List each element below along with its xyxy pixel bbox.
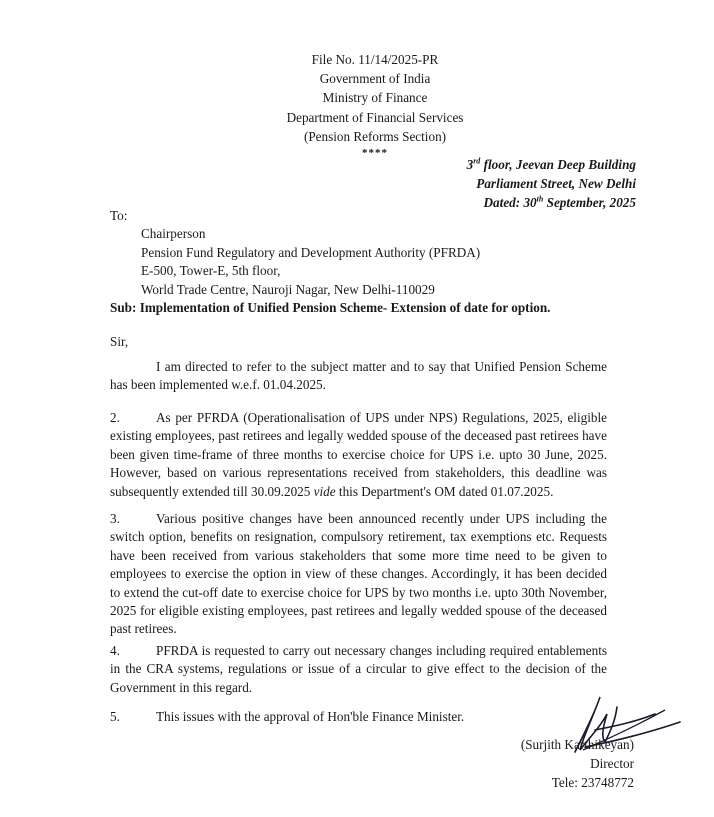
paragraph-3-text: Various positive changes have been annou…: [110, 511, 607, 636]
paragraph-5-text: This issues with the approval of Hon'ble…: [156, 709, 464, 724]
recipient-address: Chairperson Pension Fund Regulatory and …: [141, 225, 480, 299]
recipient-line: Chairperson: [141, 225, 480, 244]
paragraph-2: 2.As per PFRDA (Operationalisation of UP…: [110, 409, 607, 501]
paragraph-2-text-end: this Department's OM dated 01.07.2025.: [336, 484, 554, 499]
sender-address: 3rd floor, Jeevan Deep Building Parliame…: [467, 155, 636, 212]
signatory-designation: Director: [521, 754, 634, 773]
to-label: To:: [110, 208, 127, 224]
subject-line: Sub: Implementation of Unified Pension S…: [110, 300, 550, 316]
separator-stars: ****: [250, 146, 500, 160]
vide-italic: vide: [314, 484, 336, 499]
signatory-phone: Tele: 23748772: [521, 773, 634, 792]
paragraph-number: 3.: [110, 510, 156, 528]
department-name: Department of Financial Services: [250, 108, 500, 127]
recipient-line: E-500, Tower-E, 5th floor,: [141, 262, 480, 281]
paragraph-1: I am directed to refer to the subject ma…: [110, 358, 607, 395]
paragraph-3: 3.Various positive changes have been ann…: [110, 510, 607, 639]
paragraph-4: 4.PFRDA is requested to carry out necess…: [110, 642, 607, 697]
paragraph-5: 5.This issues with the approval of Hon'b…: [110, 708, 607, 726]
salutation: Sir,: [110, 334, 128, 350]
recipient-line: World Trade Centre, Nauroji Nagar, New D…: [141, 281, 480, 300]
date-rest: September, 2025: [543, 195, 636, 210]
letterhead: File No. 11/14/2025-PR Government of Ind…: [250, 50, 500, 160]
section-name: (Pension Reforms Section): [250, 127, 500, 146]
signatory-name: (Surjith Karthikeyan): [521, 735, 634, 754]
date-prefix: Dated: 30: [484, 195, 537, 210]
file-number: File No. 11/14/2025-PR: [250, 50, 500, 69]
paragraph-1-text: I am directed to refer to the subject ma…: [110, 359, 607, 392]
paragraph-number: 4.: [110, 642, 156, 660]
signature-block: (Surjith Karthikeyan) Director Tele: 237…: [521, 735, 634, 792]
recipient-line: Pension Fund Regulatory and Development …: [141, 244, 480, 263]
letter-date: Dated: 30th September, 2025: [467, 193, 636, 212]
paragraph-number: 2.: [110, 409, 156, 427]
floor-building: floor, Jeevan Deep Building: [480, 157, 636, 172]
address-floor: 3rd floor, Jeevan Deep Building: [467, 155, 636, 174]
address-street: Parliament Street, New Delhi: [467, 174, 636, 193]
paragraph-number: 5.: [110, 708, 156, 726]
ministry-name: Ministry of Finance: [250, 88, 500, 107]
paragraph-4-text: PFRDA is requested to carry out necessar…: [110, 643, 607, 695]
government-name: Government of India: [250, 69, 500, 88]
